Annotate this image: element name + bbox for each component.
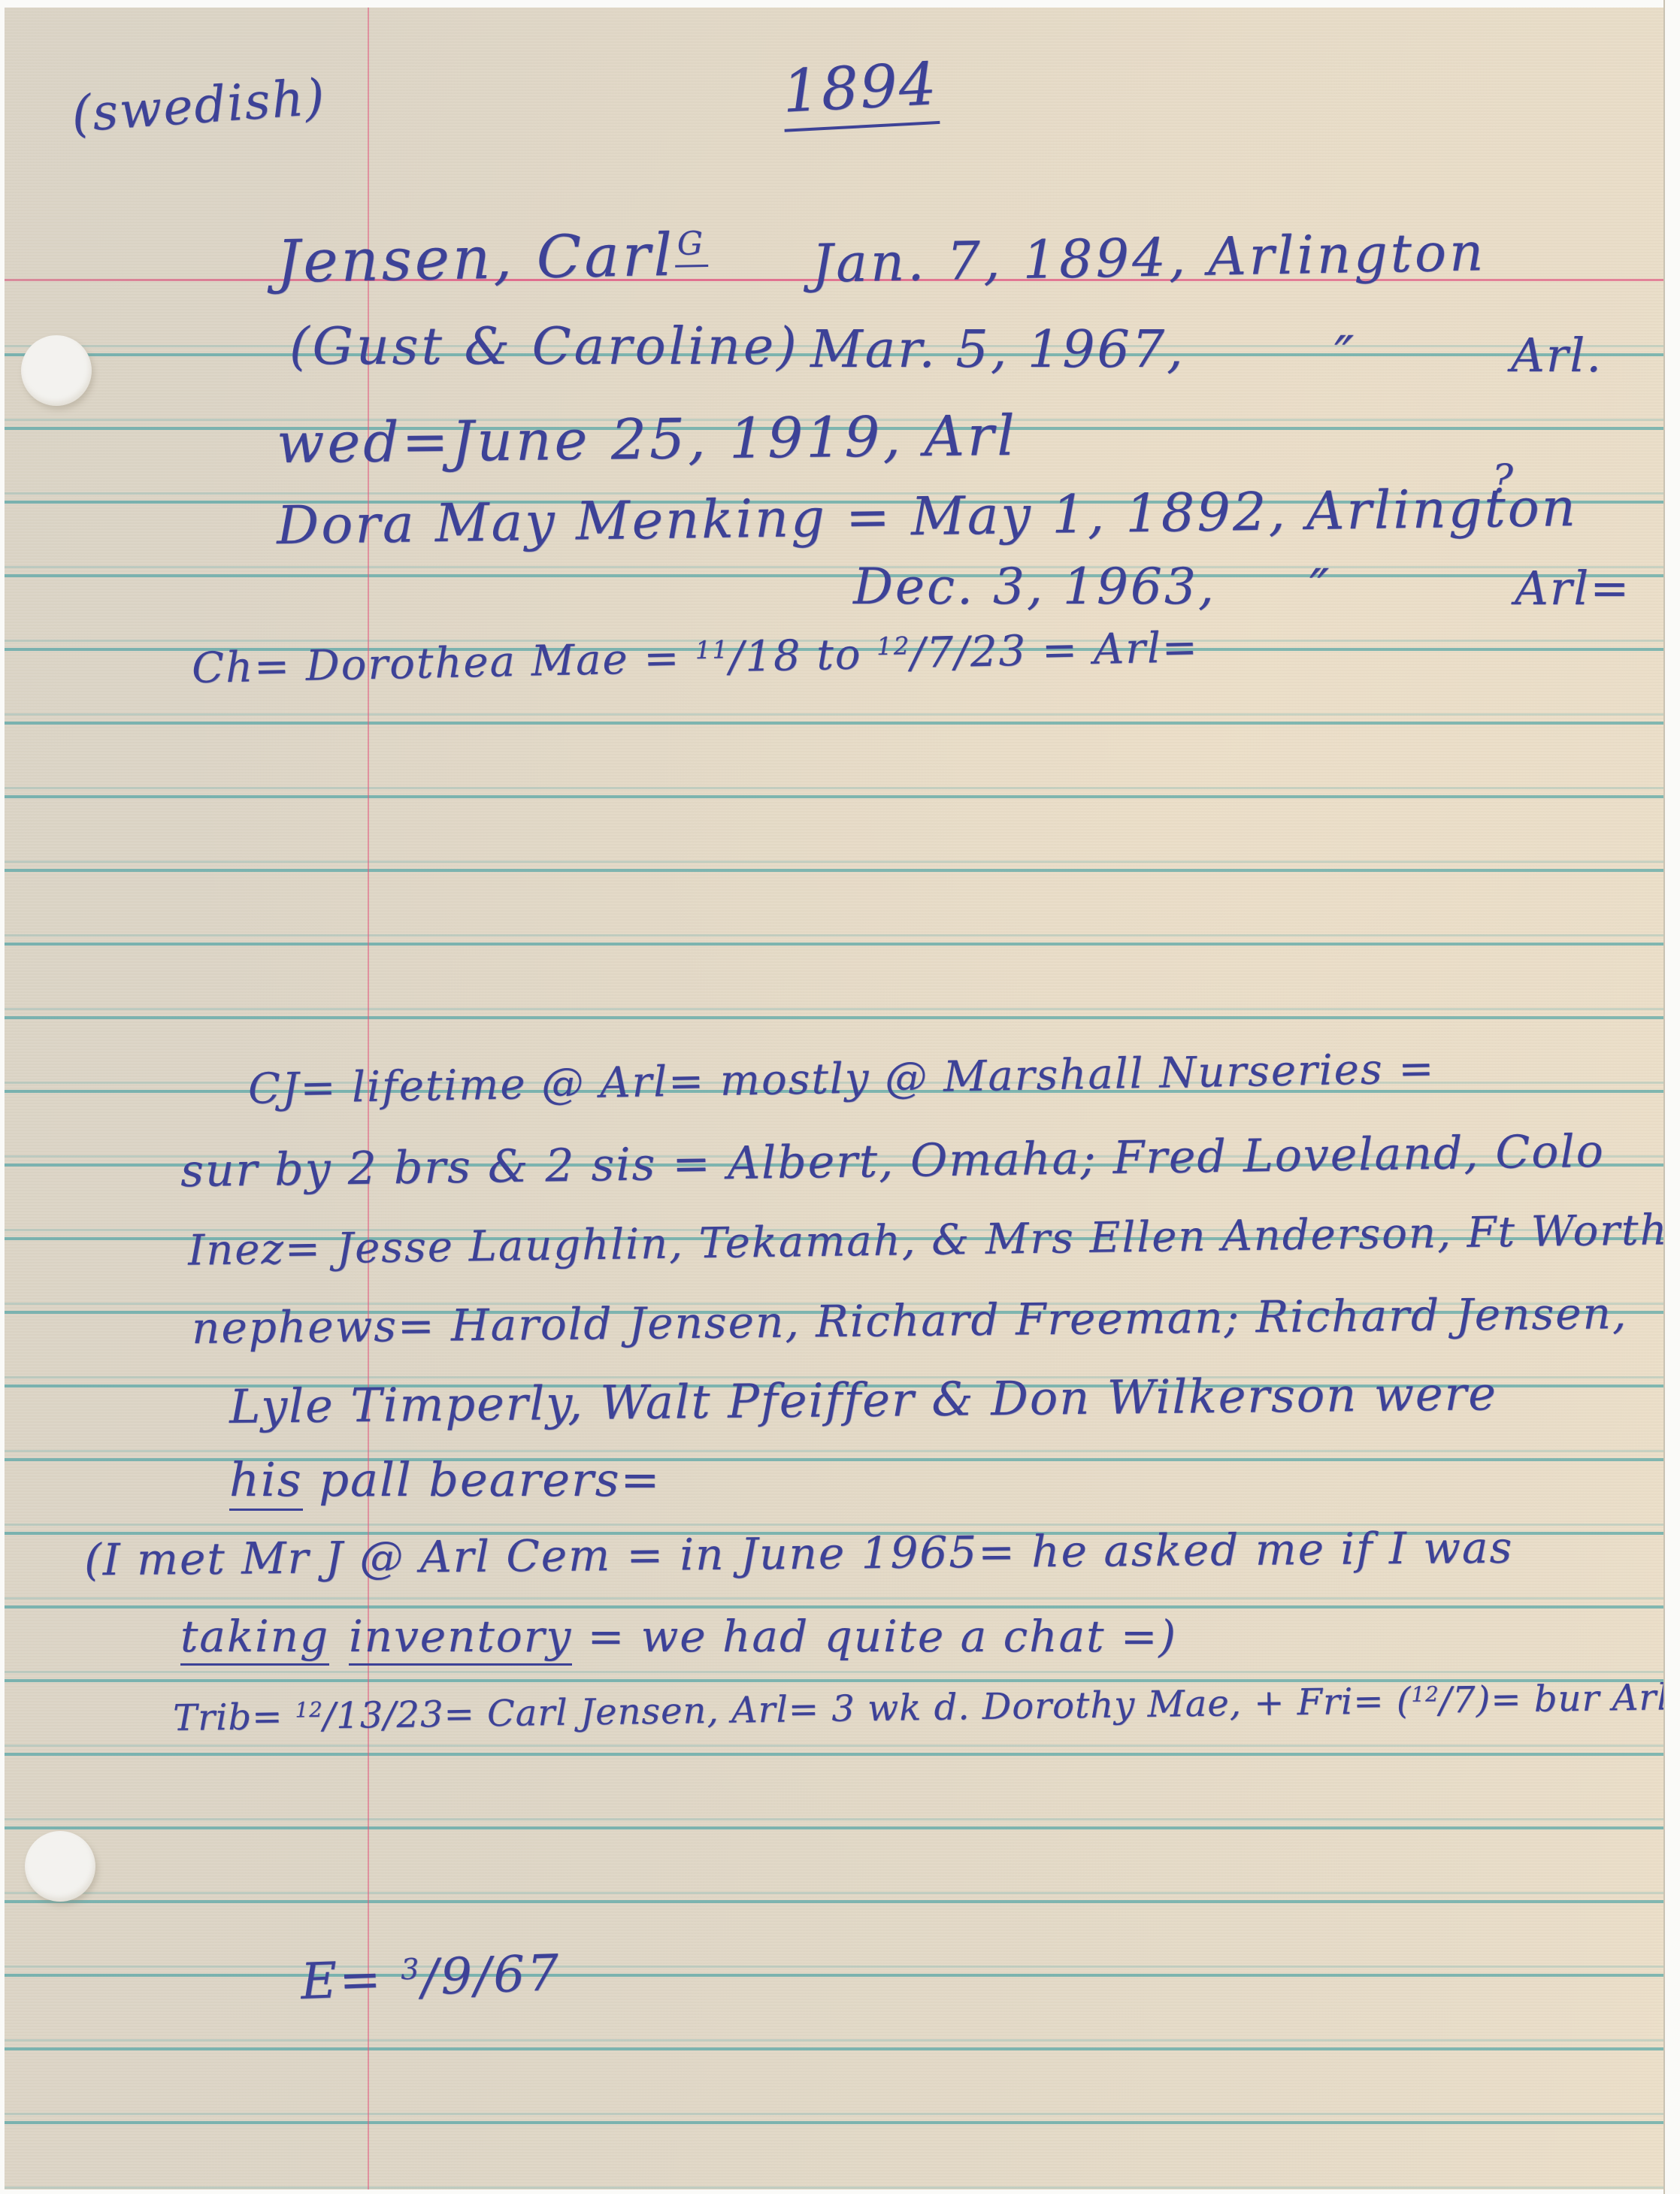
scan-border xyxy=(0,2189,1680,2194)
punch-hole xyxy=(21,335,92,406)
scan-border xyxy=(1663,0,1680,2194)
personal-note-rest: = we had quite a chat =) xyxy=(572,1611,1177,1662)
question-mark: ? xyxy=(1492,460,1515,499)
spouse-death-date: Dec. 3, 1963, xyxy=(853,562,1216,612)
obituary-line-rest: pall bearers= xyxy=(303,1452,661,1507)
year-underlined: 1894 xyxy=(781,50,940,132)
source-date-superscript: 12 xyxy=(295,1697,323,1723)
child-date-superscript: 12 xyxy=(876,631,911,661)
underlined-word: his xyxy=(229,1452,303,1511)
name-line: Jensen, CarlG xyxy=(276,225,709,292)
ditto-mark: ″ xyxy=(1309,562,1330,615)
burial-place: Arl. xyxy=(1511,332,1603,379)
obituary-line: his pall bearers= xyxy=(229,1457,661,1503)
child-date-superscript: 11 xyxy=(695,635,729,664)
parents: (Gust & Caroline) xyxy=(289,322,800,373)
year-heading: 1894 xyxy=(776,54,955,126)
entry-date-rest: /9/67 xyxy=(420,1944,562,2006)
birth-date: Jan. 7, 1894, Arlington xyxy=(811,225,1486,290)
spouse-burial-place: Arl= xyxy=(1515,565,1630,612)
punch-hole xyxy=(25,1831,95,1902)
personal-note-line: takinginventory = we had quite a chat =) xyxy=(180,1614,1177,1658)
underlined-word: taking xyxy=(180,1611,329,1666)
scan-border xyxy=(0,0,5,2194)
surname-given: Jensen, Carl xyxy=(276,222,676,296)
entry-date-superscript: 3 xyxy=(400,1952,422,1987)
source-part: /7)= bur Arl. xyxy=(1439,1676,1680,1721)
child-date-end: /7/23 = Arl= xyxy=(910,623,1199,678)
scanned-genealogy-card: { "header": { "language_note": "(swedish… xyxy=(0,0,1680,2194)
obituary-line: Lyle Timperly, Walt Pfeiffer & Don Wilke… xyxy=(229,1370,1497,1430)
name-superscript: G xyxy=(674,225,708,268)
entry-code: E= xyxy=(300,1949,402,2011)
entry-date: E= 3/9/67 xyxy=(300,1948,562,2007)
ditto-mark: ″ xyxy=(1334,329,1355,382)
child-name: Dorothea Mae = xyxy=(305,634,696,691)
marriage-date: wed=June 25, 1919, Arl xyxy=(277,408,1019,471)
death-date: Mar. 5, 1967, xyxy=(810,325,1185,376)
personal-note-line: (I met Mr J @ Arl Cem = in June 1965= he… xyxy=(84,1526,1514,1582)
source-date-superscript: 12 xyxy=(1411,1681,1439,1707)
children-label: Ch= xyxy=(191,642,306,693)
child-date-mid: /18 to xyxy=(729,630,877,682)
source-prefix: Trib= xyxy=(173,1696,295,1739)
underlined-word: inventory xyxy=(349,1611,572,1666)
scan-border xyxy=(0,0,1680,8)
